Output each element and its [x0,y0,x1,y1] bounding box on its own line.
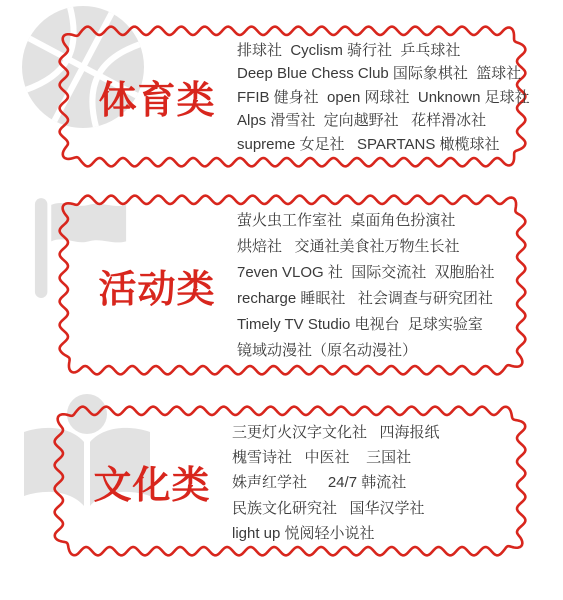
club-line: light up 悦阅轻小说社 [232,519,516,544]
category-title-activity: 活动类 [77,207,237,363]
club-list-poster: 体育类 排球社 Cyclism 骑行社 乒乓球社 Deep Blue Chess… [0,0,563,600]
club-line: 姝声红学社 24/7 韩流社 [232,468,516,493]
club-list-activity: 萤火虫工作室社 桌面角色扮演社 烘焙社 交通社美食社万物生长社 7even VL… [237,207,516,363]
club-line: FFIB 健身社 open 网球社 Unknown 足球社 [237,85,530,108]
club-line: Timely TV Studio 电视台 足球实验室 [237,311,516,337]
club-line: 排球社 Cyclism 骑行社 乒乓球社 [237,38,530,61]
category-title-culture: 文化类 [72,418,232,544]
club-line: 7even VLOG 社 国际交流社 双胞胎社 [237,259,516,285]
club-line: 萤火虫工作室社 桌面角色扮演社 [237,207,516,233]
club-list-culture: 三更灯火汉字文化社 四海报纸 槐雪诗社 中医社 三国社 姝声红学社 24/7 韩… [232,418,516,544]
section-activity: 活动类 萤火虫工作室社 桌面角色扮演社 烘焙社 交通社美食社万物生长社 7eve… [57,193,528,377]
club-line: recharge 睡眠社 社会调查与研究团社 [237,285,516,311]
category-title-sports: 体育类 [77,38,237,155]
club-line: 烘焙社 交通社美食社万物生长社 [237,233,516,259]
club-line: supreme 女足社 SPARTANS 橄榄球社 [237,132,530,155]
club-line: 民族文化研究社 国华汉学社 [232,494,516,519]
club-line: Deep Blue Chess Club 国际象棋社 篮球社 [237,61,530,84]
club-line: Alps 滑雪社 定向越野社 花样滑冰社 [237,108,530,131]
club-list-sports: 排球社 Cyclism 骑行社 乒乓球社 Deep Blue Chess Clu… [237,38,530,155]
club-line: 槐雪诗社 中医社 三国社 [232,443,516,468]
club-line: 镜域动漫社（原名动漫社） [237,337,516,363]
section-sports: 体育类 排球社 Cyclism 骑行社 乒乓球社 Deep Blue Chess… [57,24,528,169]
section-culture: 文化类 三更灯火汉字文化社 四海报纸 槐雪诗社 中医社 三国社 姝声红学社 24… [52,404,528,558]
club-line: 三更灯火汉字文化社 四海报纸 [232,418,516,443]
